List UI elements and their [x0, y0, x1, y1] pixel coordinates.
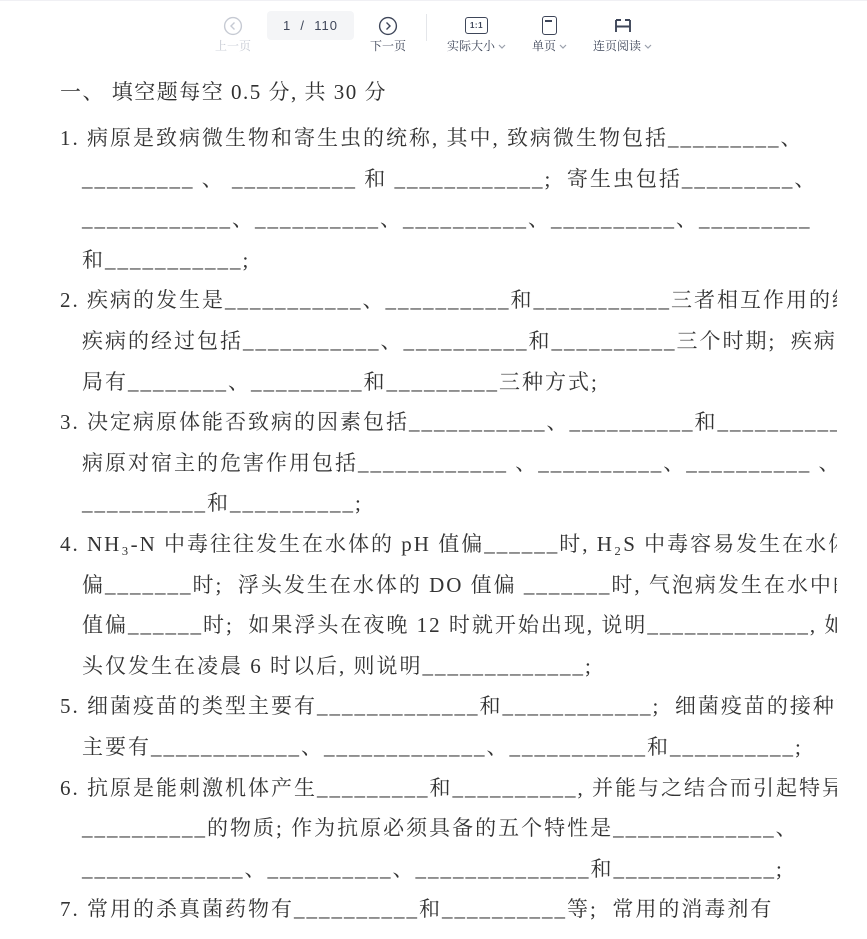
single-page-label: 单页 [532, 40, 556, 52]
doc-line: 疾病的经过包括___________、__________和__________… [60, 321, 837, 362]
question-list: 1. 病原是致病微生物和寄生虫的统称, 其中, 致病微生物包括_________… [60, 118, 837, 930]
doc-line: 4. NH₃-N 中毒往往发生在水体的 pH 值偏______时, H₂S 中毒… [60, 524, 837, 565]
doc-line: ____________、__________、__________、_____… [60, 199, 837, 240]
next-page-button[interactable]: 下一页 [370, 16, 406, 52]
actual-size-button[interactable]: 1:1 实际大小 [447, 16, 506, 52]
actual-size-icon: 1:1 [465, 16, 488, 36]
continuous-pages-icon [612, 16, 634, 36]
single-page-mode-button[interactable]: 单页 [532, 16, 567, 52]
section-heading: 一、 填空题每空 0.5 分, 共 30 分 [60, 76, 837, 108]
continuous-reading-button[interactable]: 连页阅读 [593, 16, 652, 52]
page-number-input[interactable]: 1 / 110 [267, 11, 354, 40]
doc-line: 5. 细菌疫苗的类型主要有_____________和____________;… [60, 686, 837, 727]
doc-line: 7. 常用的杀真菌药物有__________和__________等; 常用的消… [60, 889, 837, 930]
doc-line: 偏_______时; 浮头发生在水体的 DO 值偏 _______时, 气泡病发… [60, 565, 837, 606]
next-page-icon [378, 16, 398, 36]
doc-line: 局有________、_________和_________三种方式; [60, 362, 837, 403]
doc-line: 病原对宿主的危害作用包括____________ 、__________、___… [60, 443, 837, 484]
document-page: 一、 填空题每空 0.5 分, 共 30 分 1. 病原是致病微生物和寄生虫的统… [0, 62, 867, 930]
doc-line: _____________、__________、______________和… [60, 849, 837, 890]
pdf-toolbar: 上一页 1 / 110 下一页 1:1 实际大小 [0, 0, 867, 62]
chevron-down-icon [644, 44, 652, 49]
doc-line: __________的物质; 作为抗原必须具备的五个特性是___________… [60, 808, 837, 849]
actual-size-label: 实际大小 [447, 40, 495, 52]
doc-line: 主要有____________、_____________、__________… [60, 727, 837, 768]
continuous-reading-label: 连页阅读 [593, 40, 641, 52]
single-page-icon [542, 16, 557, 36]
doc-line: __________和__________; [60, 483, 837, 524]
doc-line: 3. 决定病原体能否致病的因素包括___________、__________和… [60, 402, 837, 443]
chevron-down-icon [559, 44, 567, 49]
doc-line: 2. 疾病的发生是___________、__________和________… [60, 280, 837, 321]
prev-page-button[interactable]: 上一页 [215, 16, 251, 52]
next-page-label: 下一页 [370, 40, 406, 52]
prev-page-icon [223, 16, 243, 36]
doc-line: 1. 病原是致病微生物和寄生虫的统称, 其中, 致病微生物包括_________… [60, 118, 837, 159]
doc-line: 6. 抗原是能刺激机体产生_________和__________, 并能与之结… [60, 768, 837, 809]
doc-line: 值偏______时; 如果浮头在夜晚 12 时就开始出现, 说明________… [60, 605, 837, 646]
doc-line: 和___________; [60, 240, 837, 281]
prev-page-label: 上一页 [215, 40, 251, 52]
doc-line: _________ 、 __________ 和 ____________; 寄… [60, 159, 837, 200]
toolbar-divider [426, 14, 427, 41]
document-viewer: 上一页 1 / 110 下一页 1:1 实际大小 [0, 0, 867, 930]
doc-line: 头仅发生在凌晨 6 时以后, 则说明_____________; [60, 646, 837, 687]
chevron-down-icon [498, 44, 506, 49]
